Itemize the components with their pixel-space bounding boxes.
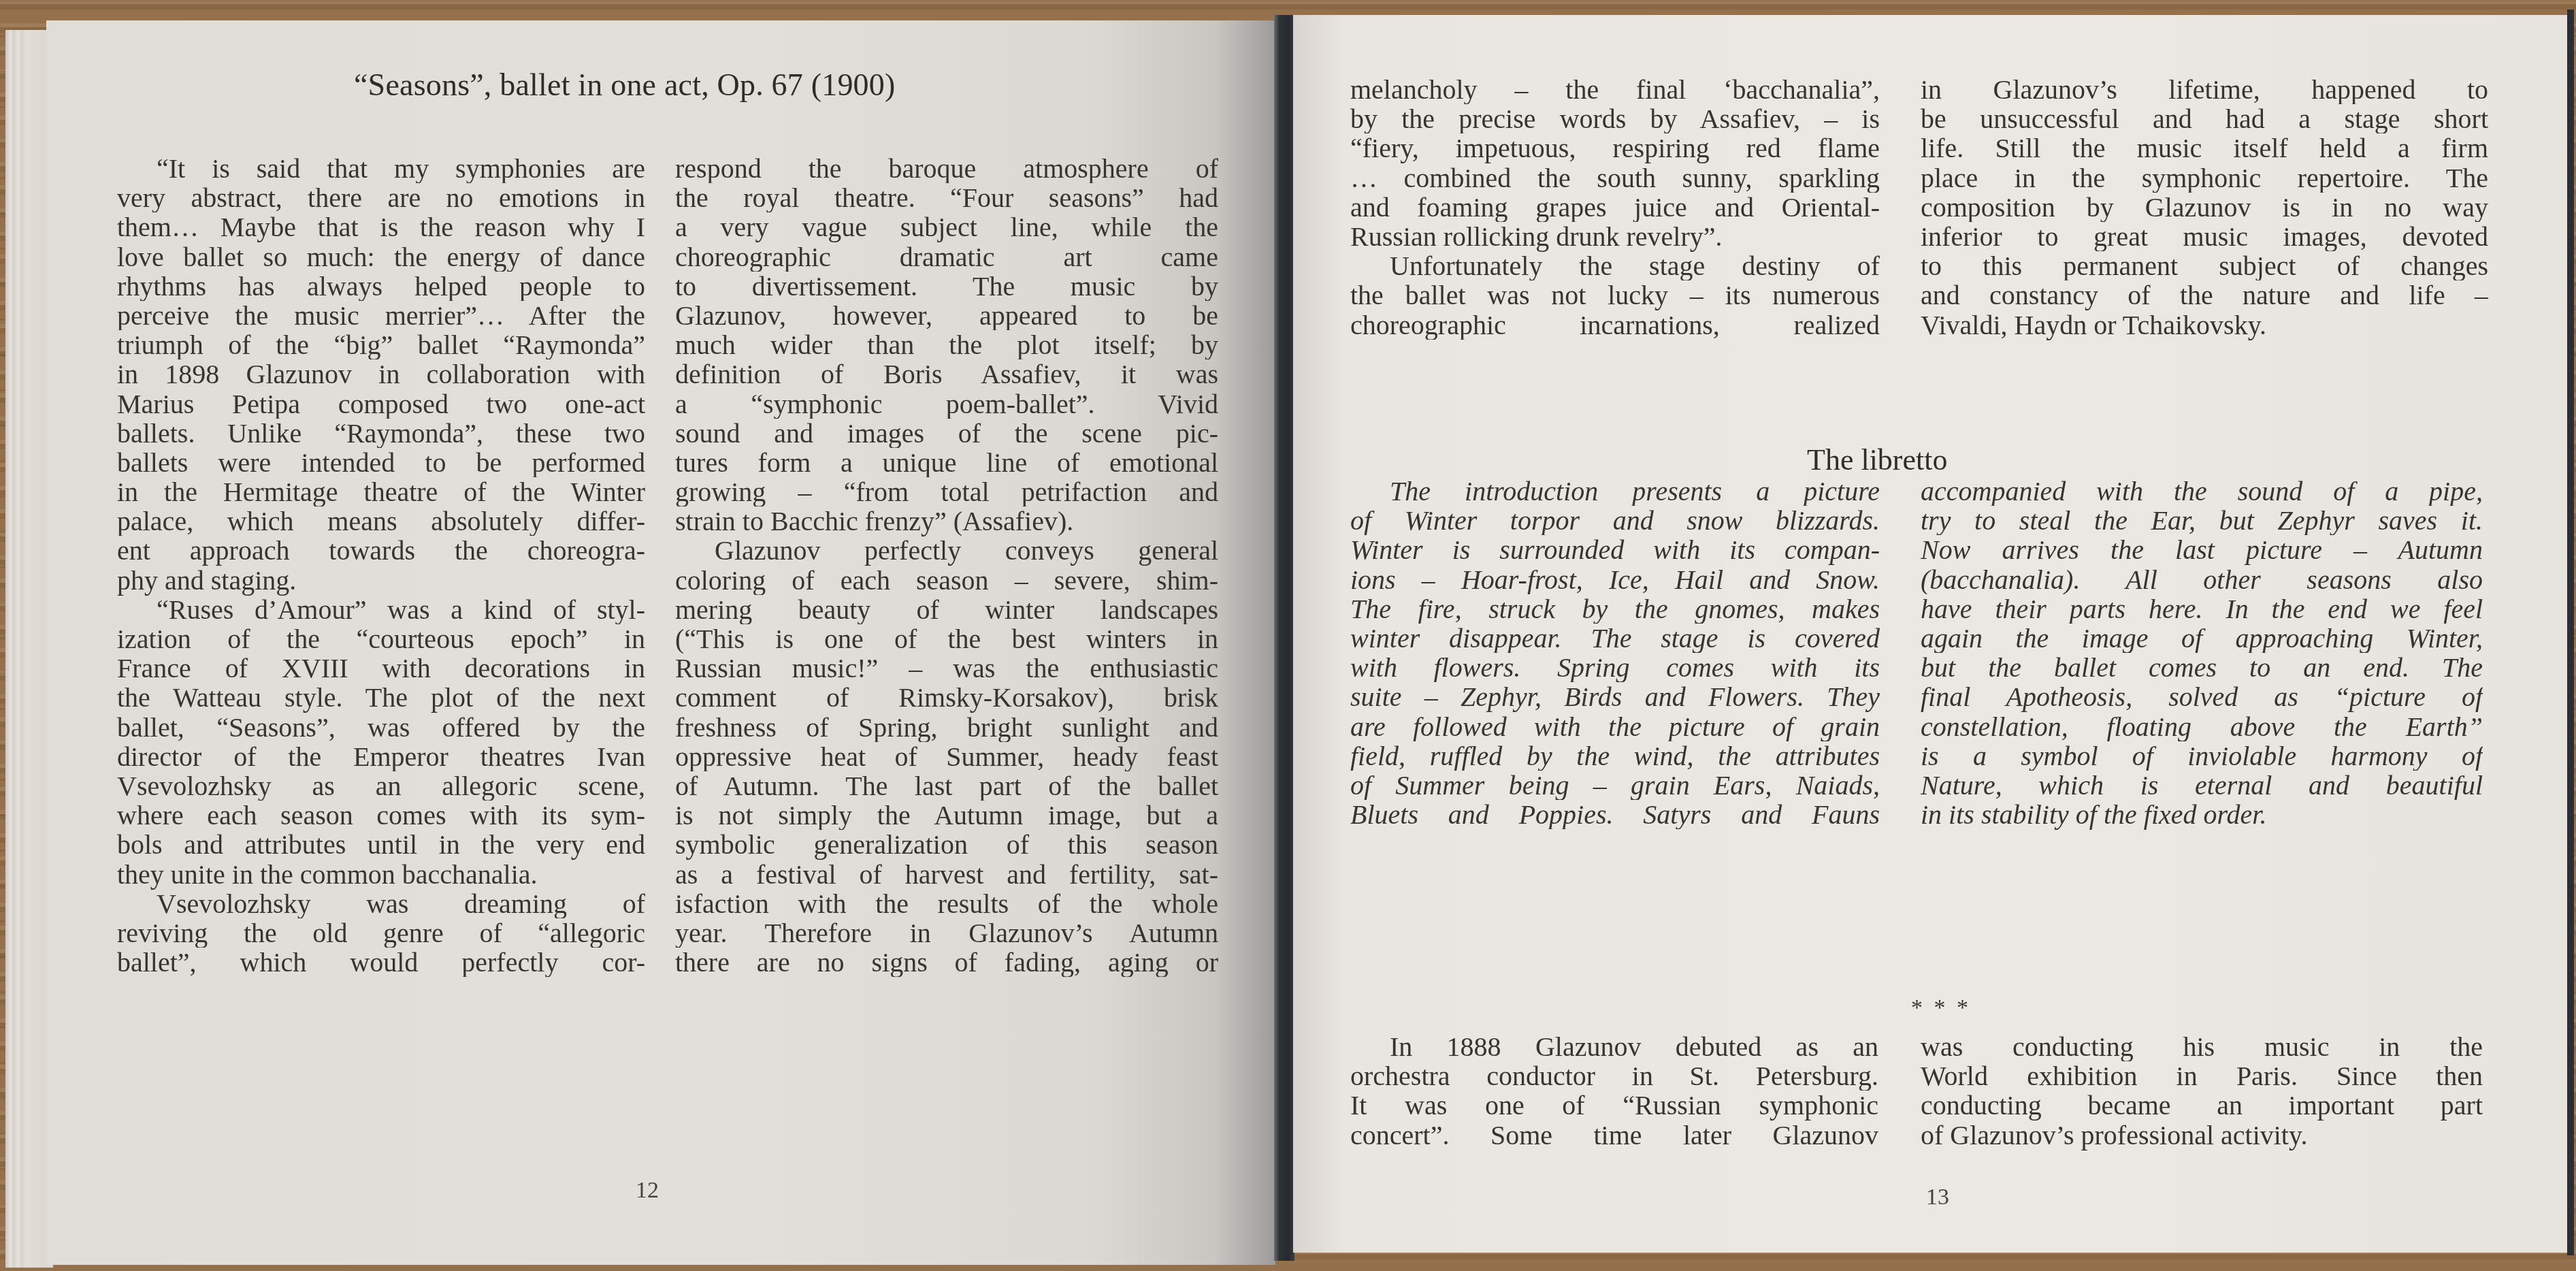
text-line: where each season comes with its sym- <box>117 801 645 830</box>
text-line: melancholy – the final ‘bacchanalia”, <box>1350 75 1880 104</box>
text-line: love ballet so much: the energy of dance <box>117 242 645 272</box>
text-line: Russian music!” – was the enthusiastic <box>675 654 1218 683</box>
text-line: try to steal the Ear, but Zephyr saves i… <box>1921 506 2483 535</box>
text-line: very abstract, there are no emotions in <box>117 183 645 212</box>
text-line: bols and attributes until in the very en… <box>117 830 645 859</box>
text-line: mering beauty of winter landscapes <box>675 595 1218 624</box>
text-line: Glazunov, however, appeared to be <box>675 301 1218 330</box>
text-line: France of XVIII with decorations in <box>117 654 645 683</box>
page-number: 12 <box>636 1178 659 1204</box>
text-line: respond the baroque atmosphere of <box>675 154 1218 183</box>
text-line: but the ballet comes to an end. The <box>1921 653 2483 682</box>
text-line: in its stability of the fixed order. <box>1921 800 2483 829</box>
text-line: sound and images of the scene pic- <box>675 419 1218 448</box>
text-line: “fiery, impetuous, respiring red flame <box>1350 133 1880 163</box>
text-line: Russian rollicking drunk revelry”. <box>1350 222 1880 251</box>
text-line: to this permanent subject of changes <box>1921 251 2488 280</box>
text-line: symbolic generalization of this season <box>675 830 1218 859</box>
text-line: perceive the music merrier”… After the <box>117 301 645 330</box>
text-line: and constancy of the nature and life – <box>1921 280 2488 310</box>
text-line: ent approach towards the choreogra- <box>117 536 645 565</box>
text-line: The introduction presents a picture <box>1350 477 1880 506</box>
text-line: place in the symphonic repertoire. The <box>1921 163 2488 193</box>
text-line: as a festival of harvest and fertility, … <box>675 860 1218 889</box>
back-cover-edge <box>2567 10 2574 1255</box>
text-line: in the Hermitage theatre of the Winter <box>117 477 645 506</box>
text-line: to divertissement. The music by <box>675 272 1218 301</box>
right-page: melancholy – the final ‘bacchanalia”,by … <box>1293 15 2568 1253</box>
text-line: (“This is one of the best winters in <box>675 624 1218 654</box>
right-bottom-column-1: In 1888 Glazunov debuted as anorchestra … <box>1350 1032 1878 1150</box>
text-line: “It is said that my symphonies are <box>117 154 645 183</box>
text-line: constellation, floating above the Earth” <box>1921 712 2483 741</box>
left-column-1: “It is said that my symphonies arevery a… <box>117 154 645 977</box>
text-line: (bacchanalia). All other seasons also <box>1921 565 2483 594</box>
text-line: in 1898 Glazunov in collaboration with <box>117 359 645 389</box>
section-separator: * * * <box>1911 995 1971 1021</box>
text-line: Vsevolozhsky as an allegoric scene, <box>117 771 645 801</box>
text-line: with flowers. Spring comes with its <box>1350 653 1880 682</box>
text-line: “Ruses d’Amour” was a kind of styl- <box>117 595 645 624</box>
text-line: reviving the old genre of “allegoric <box>117 918 645 948</box>
text-line: them… Maybe that is the reason why I <box>117 212 645 242</box>
text-line: ballet, “Seasons”, was offered by the <box>117 713 645 742</box>
text-line: of Winter torpor and snow blizzards. <box>1350 506 1880 535</box>
text-line: Glazunov perfectly conveys general <box>675 536 1218 565</box>
text-line: definition of Boris Assafiev, it was <box>675 359 1218 389</box>
text-line: of Summer being – grain Ears, Naiads, <box>1350 771 1880 800</box>
text-line: ions – Hoar-frost, Ice, Hail and Snow. <box>1350 565 1880 594</box>
text-line: rhythms has always helped people to <box>117 272 645 301</box>
text-line: of Autumn. The last part of the ballet <box>675 771 1218 801</box>
text-line: choreographic incarnations, realized <box>1350 310 1880 340</box>
text-line: The fire, struck by the gnomes, makes <box>1350 594 1880 624</box>
text-line: and foaming grapes juice and Oriental- <box>1350 193 1880 222</box>
text-line: comment of Rimsky-Korsakov), brisk <box>675 683 1218 712</box>
text-line: … combined the south sunny, sparkling <box>1350 163 1880 193</box>
right-bottom-column-2: was conducting his music in theWorld exh… <box>1921 1032 2483 1150</box>
libretto-column-1: The introduction presents a pictureof Wi… <box>1350 477 1880 829</box>
text-line: again the image of approaching Winter, <box>1921 624 2483 653</box>
text-line: the ballet was not lucky – its numerous <box>1350 280 1880 310</box>
text-line: there are no signs of fading, aging or <box>675 948 1218 977</box>
text-line: choreographic dramatic art came <box>675 242 1218 272</box>
text-line: much wider than the plot itself; by <box>675 330 1218 359</box>
text-line: a “symphonic poem-ballet”. Vivid <box>675 389 1218 419</box>
text-line: ballet”, which would perfectly cor- <box>117 948 645 977</box>
text-line: coloring of each season – severe, shim- <box>675 566 1218 595</box>
text-line: are followed with the picture of grain <box>1350 712 1880 741</box>
text-line: Marius Petipa composed two one-act <box>117 389 645 419</box>
text-line: inferior to great music images, devoted <box>1921 222 2488 251</box>
text-line: Bluets and Poppies. Satyrs and Fauns <box>1350 800 1880 829</box>
text-line: concert”. Some time later Glazunov <box>1350 1121 1878 1150</box>
text-line: winter disappear. The stage is covered <box>1350 624 1880 653</box>
text-line: Winter is surrounded with its compan- <box>1350 535 1880 564</box>
text-line: It was one of “Russian symphonic <box>1350 1091 1878 1120</box>
text-line: field, ruffled by the wind, the attribut… <box>1350 741 1880 771</box>
text-line: the royal theatre. “Four seasons” had <box>675 183 1218 212</box>
text-line: World exhibition in Paris. Since then <box>1921 1061 2483 1091</box>
left-page: “Seasons”, ballet in one act, Op. 67 (19… <box>46 20 1275 1265</box>
text-line: in Glazunov’s lifetime, happened to <box>1921 75 2488 104</box>
text-line: a very vague subject line, while the <box>675 212 1218 242</box>
text-line: Vsevolozhsky was dreaming of <box>117 889 645 918</box>
text-line: isfaction with the results of the whole <box>675 889 1218 918</box>
text-line: strain to Bacchic frenzy” (Assafiev). <box>675 506 1218 536</box>
text-line: director of the Emperor theatres Ivan <box>117 742 645 771</box>
text-line: ization of the “courteous epoch” in <box>117 624 645 654</box>
text-line: Unfortunately the stage destiny of <box>1350 251 1880 280</box>
page-title: “Seasons”, ballet in one act, Op. 67 (19… <box>354 67 896 103</box>
text-line: the Watteau style. The plot of the next <box>117 683 645 712</box>
text-line: tures form a unique line of emotional <box>675 448 1218 477</box>
text-line: oppressive heat of Summer, heady feast <box>675 742 1218 771</box>
text-line: freshness of Spring, bright sunlight and <box>675 713 1218 742</box>
book-spine <box>1274 15 1294 1261</box>
text-line: palace, which means absolutely differ- <box>117 506 645 536</box>
text-line: of Glazunov’s professional activity. <box>1921 1121 2483 1150</box>
libretto-column-2: accompanied with the sound of a pipe,try… <box>1921 477 2483 829</box>
text-line: have their parts here. In the end we fee… <box>1921 594 2483 624</box>
text-line: growing – “from total petrifaction and <box>675 477 1218 506</box>
right-top-column-1: melancholy – the final ‘bacchanalia”,by … <box>1350 75 1880 340</box>
text-line: Vivaldi, Haydn or Tchaikovsky. <box>1921 310 2488 340</box>
text-line: Now arrives the last picture – Autumn <box>1921 535 2483 564</box>
right-top-column-2: in Glazunov’s lifetime, happened tobe un… <box>1921 75 2488 340</box>
text-line: orchestra conductor in St. Petersburg. <box>1350 1061 1878 1091</box>
text-line: ballets were intended to be performed <box>117 448 645 477</box>
section-heading-libretto: The libretto <box>1807 443 1948 477</box>
text-line: is not simply the Autumn image, but a <box>675 801 1218 830</box>
text-line: In 1888 Glazunov debuted as an <box>1350 1032 1878 1061</box>
text-line: accompanied with the sound of a pipe, <box>1921 477 2483 506</box>
text-line: by the precise words by Assafiev, – is <box>1350 104 1880 133</box>
text-line: ballets. Unlike “Raymonda”, these two <box>117 419 645 448</box>
text-line: final Apotheosis, solved as “picture of <box>1921 682 2483 711</box>
text-line: suite – Zephyr, Birds and Flowers. They <box>1350 682 1880 711</box>
text-line: phy and staging. <box>117 566 645 595</box>
text-line: composition by Glazunov is in no way <box>1921 193 2488 222</box>
text-line: triumph of the “big” ballet “Raymonda” <box>117 330 645 359</box>
text-line: conducting became an important part <box>1921 1091 2483 1120</box>
text-line: they unite in the common bacchanalia. <box>117 860 645 889</box>
left-column-2: respond the baroque atmosphere ofthe roy… <box>675 154 1218 977</box>
text-line: be unsuccessful and had a stage short <box>1921 104 2488 133</box>
text-line: Nature, which is eternal and beautiful <box>1921 771 2483 800</box>
text-line: is a symbol of inviolable harmony of <box>1921 741 2483 771</box>
text-line: life. Still the music itself held a firm <box>1921 133 2488 163</box>
text-line: was conducting his music in the <box>1921 1032 2483 1061</box>
text-line: year. Therefore in Glazunov’s Autumn <box>675 918 1218 948</box>
page-number: 13 <box>1926 1185 1949 1210</box>
